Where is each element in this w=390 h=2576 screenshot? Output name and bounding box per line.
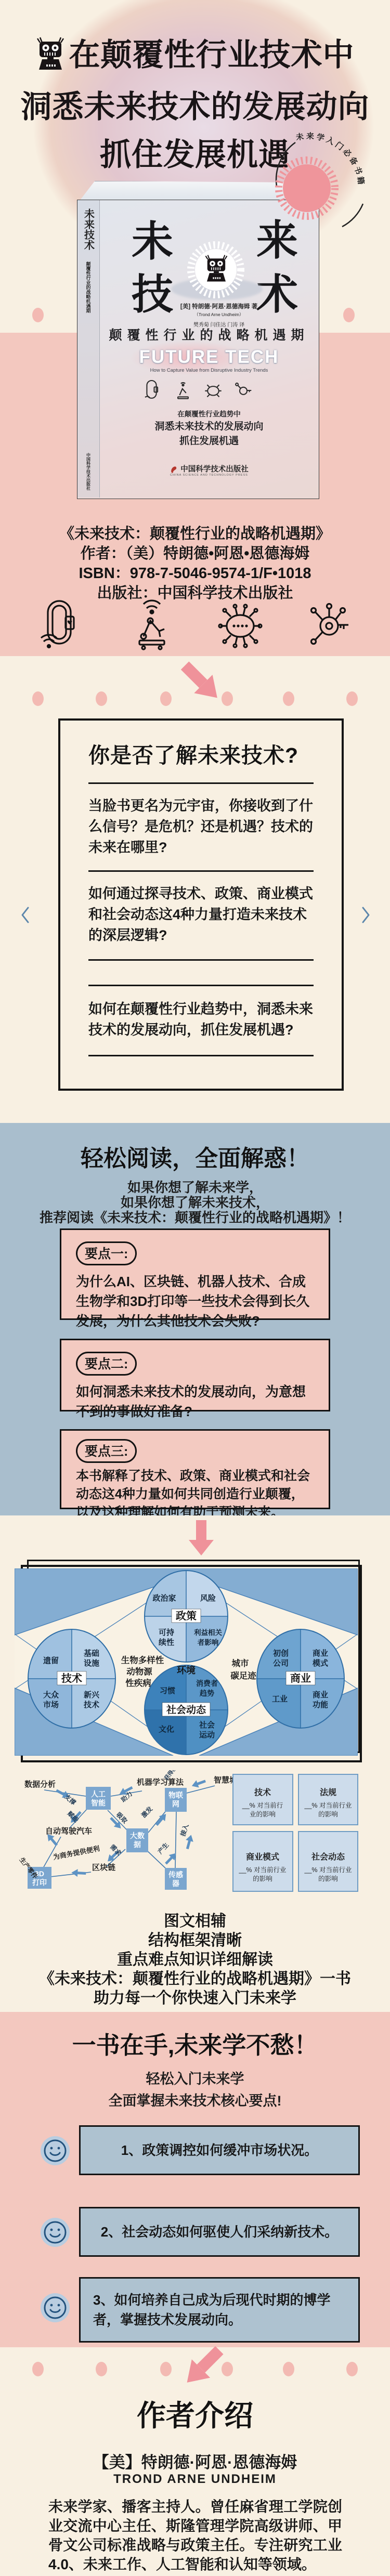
note-environment: 环境 bbox=[177, 1665, 196, 1676]
label-data-analysis: 数据分析 bbox=[24, 1780, 56, 1789]
arrow-down-left bbox=[178, 2344, 228, 2394]
quadrant-label: 工业 bbox=[272, 1695, 288, 1704]
impact-box-line: __% 对当前行业 bbox=[239, 1866, 287, 1874]
impact-box-title: 法规 bbox=[320, 1788, 336, 1797]
robot-arm-icon bbox=[173, 380, 193, 401]
four-forces-diagram: 政治家 风险 可持 续性 利益相关 者影响 政策 遗留 基础 设施 大众 市场 … bbox=[15, 1568, 358, 1756]
starburst-badge: 未来学入门必备书籍 bbox=[269, 129, 380, 242]
quadrant-label: 基础 bbox=[84, 1649, 99, 1658]
edge-label: 激发 bbox=[140, 1805, 154, 1820]
node-sensor: 器 bbox=[172, 1879, 179, 1888]
node-3dprint: 打印 bbox=[32, 1878, 47, 1887]
label-ml-algorithm: 机器学习算法 bbox=[137, 1777, 184, 1787]
node-bigdata: 据 bbox=[133, 1840, 141, 1849]
cover-char-3: 技 bbox=[132, 274, 173, 316]
hero-line-2: 洞悉未来技术的发展动向 bbox=[0, 83, 390, 131]
deco-dot bbox=[346, 2362, 358, 2376]
cover-author-en: （Trond Arne Undheim） bbox=[172, 311, 266, 318]
deco-dot bbox=[283, 2362, 294, 2376]
handy-item-text: 2、社会动态如何驱使人们采纳新技术。 bbox=[101, 2222, 338, 2242]
impact-box-line: 的影响 bbox=[318, 1875, 338, 1882]
intro-line-2: 如果你想了解未来技术， bbox=[0, 1195, 390, 1210]
deco-dot bbox=[346, 691, 358, 706]
cover-subtitle: 颠覆性行业的战略机遇期 bbox=[99, 325, 319, 344]
handy-title: 一书在手,未来学不愁！ bbox=[0, 2026, 390, 2061]
wearable-band-icon bbox=[143, 380, 163, 401]
network-key-icon bbox=[233, 380, 253, 401]
note-biodiversity: 动物源 bbox=[126, 1666, 152, 1677]
quadrant-label: 初创 bbox=[272, 1649, 289, 1658]
tech-network-diagram: 人工智能 物联网 大数据 传感器 3D打印 数据分析 机器学习算法 智慧城市 自… bbox=[13, 1770, 377, 1903]
smiley-icon bbox=[40, 2293, 70, 2325]
deco-dot bbox=[160, 691, 172, 706]
quadrant-label: 风险 bbox=[200, 1593, 216, 1603]
diagram-section: 政治家 风险 可持 续性 利益相关 者影响 政策 遗留 基础 设施 大众 市场 … bbox=[0, 1515, 390, 2012]
quadrant-label: 遗留 bbox=[43, 1656, 59, 1665]
cover-mini-icons bbox=[132, 380, 265, 401]
arrow-down bbox=[182, 1519, 219, 1557]
author-name: 【美】特朗德·阿恩·恩德海姆 bbox=[0, 2449, 390, 2473]
quadrant-label: 设施 bbox=[84, 1658, 99, 1668]
point-2-label: 要点二: bbox=[76, 1352, 137, 1376]
question-1: 当脸书更名为元宇宙，你接收到了什么信号？是危机？还是机遇？技术的未来在哪里? bbox=[88, 795, 314, 858]
point-box-1: 要点一: 为什么AI、区块链、机器人技术、合成生物学和3D打印等一些技术会得到长… bbox=[60, 1228, 330, 1320]
summary-line: 重点难点知识详细解读 bbox=[0, 1950, 390, 1969]
arrow-down-right bbox=[176, 660, 226, 710]
spine-title: 未来技术 bbox=[81, 208, 96, 250]
handy-item-text: 1、政策调控如何缓冲市场状况。 bbox=[121, 2140, 318, 2160]
impact-box-line: 业的影响 bbox=[250, 1811, 276, 1818]
handy-item-text: 3、如何培养自己成为后现代时期的博学者，掌握技术发展动向。 bbox=[93, 2290, 346, 2330]
intro-line-1: 如果你想了解未来学， bbox=[0, 1180, 390, 1195]
quadrant-label: 利益相关 bbox=[194, 1628, 222, 1637]
smiley-icon bbox=[40, 2217, 70, 2250]
quadrant-label: 消费者 bbox=[196, 1679, 218, 1688]
cover-tagline-2: 洞悉未来技术的发展动向 bbox=[99, 419, 319, 433]
handy-sub-1: 轻松入门未来学 bbox=[0, 2070, 390, 2088]
point-2-text: 如何洞悉未来技术的发展动向，为意想不到的事做好准备? bbox=[76, 1382, 314, 1421]
badge-arc-right bbox=[342, 204, 363, 227]
node-ai: 智能 bbox=[91, 1799, 106, 1807]
cover-char-1: 未 bbox=[132, 221, 173, 263]
node-iot: 物联 bbox=[168, 1791, 183, 1799]
quadrant-label: 商业 bbox=[313, 1649, 328, 1658]
cover-publisher-row: 中国科学技术出版社 bbox=[99, 463, 319, 474]
circle-social: 社会动态 bbox=[166, 1704, 206, 1716]
circle-tech: 技术 bbox=[61, 1672, 82, 1684]
quadrant-label: 公司 bbox=[273, 1658, 289, 1668]
cover-robot-burst bbox=[179, 238, 252, 308]
author-name-en: TROND ARNE UNDHEIM bbox=[0, 2472, 390, 2487]
deco-dot bbox=[283, 691, 294, 706]
circle-business: 商业 bbox=[290, 1672, 311, 1684]
edge-label: 产生 bbox=[156, 1841, 170, 1855]
summary-block: 图文相辅 结构框架清晰 重点难点知识详细解读 《未来技术：颠覆性行业的战略机遇期… bbox=[0, 1912, 390, 2008]
summary-line: 《未来技术：颠覆性行业的战略机遇期》一书 bbox=[0, 1969, 390, 1989]
author-section: 作者介绍 【美】特朗德·阿恩·恩德海姆 TROND ARNE UNDHEIM 未… bbox=[0, 2347, 390, 2576]
summary-line: 结构框架清晰 bbox=[0, 1931, 390, 1950]
starburst-circle bbox=[283, 164, 331, 212]
spine-subtitle: 颠覆性行业的战略机遇期 bbox=[85, 261, 92, 313]
node-bigdata: 大数 bbox=[130, 1832, 145, 1840]
publisher-logo bbox=[170, 464, 177, 474]
summary-line: 助力每一个你快速入门未来学 bbox=[0, 1989, 390, 2008]
point-box-2: 要点二: 如何洞悉未来技术的发展动向，为意想不到的事做好准备? bbox=[60, 1339, 330, 1411]
quadrant-label: 趋势 bbox=[200, 1689, 214, 1697]
deco-dot bbox=[96, 2362, 107, 2376]
question-box-title: 你是否了解未来技术? bbox=[88, 738, 314, 769]
cover-publisher: 中国科学技术出版社 bbox=[180, 463, 249, 474]
info-isbn: ISBN：978-7-5046-9574-1/F•1018 bbox=[0, 564, 390, 583]
question-3: 如何在颠覆性行业趋势中，洞悉未来技术的发展动向，抓住发展机遇? bbox=[88, 999, 314, 1040]
impact-box-line: __% 对当前行业 bbox=[304, 1866, 352, 1874]
impact-box-title: 社会动态 bbox=[311, 1852, 345, 1862]
quadrant-label: 新兴 bbox=[84, 1690, 100, 1699]
cover-en-title: FUTURE TECH bbox=[99, 347, 319, 368]
book-spine: 未来技术 颠覆性行业的战略机遇期 中国科学技术出版社 bbox=[77, 200, 100, 498]
quadrant-label: 可持 bbox=[159, 1628, 174, 1637]
author-bio: 未来学家、播客主持人。曾任麻省理工学院创业交流中心主任、斯隆管理学院高级讲师、甲… bbox=[48, 2497, 342, 2574]
impact-box-line: 的影响 bbox=[318, 1811, 338, 1818]
edge-label: 需求 bbox=[109, 1843, 123, 1858]
carousel-prev-chevron[interactable] bbox=[20, 906, 30, 924]
robot-arm-icon bbox=[128, 599, 176, 653]
deco-dot bbox=[32, 691, 44, 706]
quadrant-label: 大众 bbox=[43, 1690, 59, 1699]
smiley-icon bbox=[40, 2136, 70, 2168]
point-1-label: 要点一: bbox=[76, 1241, 137, 1265]
qa-section: 你是否了解未来技术? 当脸书更名为元宇宙，你接收到了什么信号？是危机？还是机遇？… bbox=[0, 656, 390, 1123]
microbe-chip-icon bbox=[203, 380, 223, 401]
quadrant-label: 功能 bbox=[313, 1700, 328, 1709]
network-key-icon bbox=[305, 599, 353, 653]
edge-label: 赋能 bbox=[66, 1810, 81, 1824]
point-3-text: 本书解释了技术、政策、商业模式和社会动态这4种力量如何共同创造行业颠覆，以及这种… bbox=[76, 1467, 314, 1522]
impact-box-line: __% 对当前行业 bbox=[304, 1801, 352, 1809]
deco-dot bbox=[32, 2362, 44, 2376]
deco-dot bbox=[96, 691, 107, 706]
point-3-label: 要点三: bbox=[76, 1439, 137, 1463]
robot-icon bbox=[36, 35, 65, 83]
quadrant-label: 技术 bbox=[83, 1701, 99, 1709]
node-iot: 网 bbox=[172, 1800, 179, 1808]
quadrant-label: 政治家 bbox=[152, 1593, 176, 1603]
intro-line-3: 推荐阅读《未来技术：颠覆性行业的战略机遇期》！ bbox=[0, 1210, 390, 1225]
handy-item-3: 3、如何培养自己成为后现代时期的博学者，掌握技术发展动向。 bbox=[79, 2277, 360, 2343]
deco-dot bbox=[32, 308, 44, 322]
wearable-band-icon bbox=[38, 599, 86, 653]
reading-title: 轻松阅读，全面解惑！ bbox=[0, 1140, 390, 1173]
deco-dot bbox=[160, 2362, 172, 2376]
quadrant-label: 文化 bbox=[159, 1724, 174, 1734]
summary-line: 图文相辅 bbox=[0, 1912, 390, 1931]
cover-tagline-1: 在颠覆性行业趋势中 bbox=[99, 408, 319, 419]
question-box: 你是否了解未来技术? 当脸书更名为元宇宙，你接收到了什么信号？是危机？还是机遇？… bbox=[58, 718, 344, 1091]
info-title: 《未来技术：颠覆性行业的战略机遇期》 bbox=[0, 524, 390, 544]
quadrant-label: 续性 bbox=[159, 1638, 174, 1647]
note-city: 城市 bbox=[232, 1658, 250, 1668]
circle-policy: 政策 bbox=[176, 1610, 197, 1622]
impact-box-line: 的影响 bbox=[253, 1875, 272, 1882]
spine-publisher: 中国科学技术出版社 bbox=[86, 453, 92, 490]
point-1-text: 为什么AI、区块链、机器人技术、合成生物学和3D打印等一些技术会得到长久发展，为… bbox=[76, 1272, 314, 1331]
author-title: 作者介绍 bbox=[0, 2393, 390, 2435]
point-box-3: 要点三: 本书解释了技术、政策、商业模式和社会动态这4种力量如何共同创造行业颠覆… bbox=[60, 1429, 330, 1509]
quadrant-label: 市场 bbox=[43, 1700, 59, 1709]
cover-publisher-en: CHINA SCIENCE AND TECHNOLOGY PRESS bbox=[99, 474, 319, 477]
note-city: 碳足迹 bbox=[230, 1670, 256, 1681]
book-front-cover: 未来技术 颠覆性行业的战略机遇期 中国科学技术出版社 未 来 技 术 bbox=[77, 200, 319, 499]
note-biodiversity: 性疾病 bbox=[125, 1678, 151, 1688]
info-author: 作者：（美）特朗德•阿恩•恩德海姆 bbox=[0, 544, 390, 564]
quadrant-label: 社会 bbox=[199, 1720, 215, 1730]
quadrant-label: 运动 bbox=[199, 1731, 215, 1740]
impact-box-title: 商业模式 bbox=[246, 1852, 279, 1862]
question-2: 如何通过探寻技术、政策、商业模式和社会动态这4种力量打造未来技术的深层逻辑? bbox=[88, 883, 314, 946]
quadrant-label: 者影响 bbox=[198, 1638, 219, 1646]
quadrant-label: 模式 bbox=[313, 1658, 328, 1668]
edge-label: 接入 bbox=[178, 1823, 190, 1837]
handy-item-1: 1、政策调控如何缓冲市场状况。 bbox=[79, 2125, 360, 2175]
book-promo-page: 在颠覆性行业技术中 洞悉未来技术的发展动向 抓住发展机遇 《未来技术：颠覆性行业… bbox=[0, 0, 390, 2576]
cover-author-block: [美] 特朗德·阿恩·恩德海姆 著 （Trond Arne Undheim） 樊… bbox=[172, 302, 266, 328]
carousel-next-chevron[interactable] bbox=[361, 906, 371, 924]
handy-sub-2: 全面掌握未来技术核心要点! bbox=[0, 2092, 390, 2110]
cover-tagline-3: 抓住发展机遇 bbox=[99, 433, 319, 447]
quadrant-label: 习惯 bbox=[160, 1686, 175, 1695]
impact-box-line: __% 对当前行 bbox=[242, 1801, 283, 1809]
handy-item-2: 2、社会动态如何驱使人们采纳新技术。 bbox=[79, 2207, 360, 2257]
deco-dot bbox=[343, 308, 355, 322]
cover-en-subtitle: How to Capture Value from Disruptive Ind… bbox=[99, 368, 319, 373]
cover-author: [美] 特朗德·阿恩·恩德海姆 著 bbox=[172, 302, 266, 310]
impact-box-title: 技术 bbox=[254, 1788, 271, 1797]
quadrant-label: 商业 bbox=[313, 1690, 328, 1699]
label-blockchain: 区块链 bbox=[92, 1863, 115, 1872]
node-sensor: 传感 bbox=[168, 1871, 183, 1879]
reading-section: 轻松阅读，全面解惑！ 如果你想了解未来学， 如果你想了解未来技术， 推荐阅读《未… bbox=[0, 1123, 390, 1515]
label-autonomous-car: 自动驾驶汽车 bbox=[45, 1826, 92, 1836]
microbe-chip-icon bbox=[216, 599, 264, 653]
node-ai: 人工 bbox=[91, 1790, 106, 1798]
book-info-block: 《未来技术：颠覆性行业的战略机遇期》 作者：（美）特朗德•阿恩•恩德海姆 ISB… bbox=[0, 524, 390, 603]
note-biodiversity: 生物多样性 bbox=[121, 1655, 164, 1665]
label-business-convenience: 为商务提供便利 bbox=[53, 1845, 100, 1861]
handy-section: 一书在手,未来学不愁！ 轻松入门未来学 全面掌握未来技术核心要点! 1、政策调控… bbox=[0, 2012, 390, 2347]
hero-line-1: 在颠覆性行业技术中 bbox=[0, 31, 390, 83]
